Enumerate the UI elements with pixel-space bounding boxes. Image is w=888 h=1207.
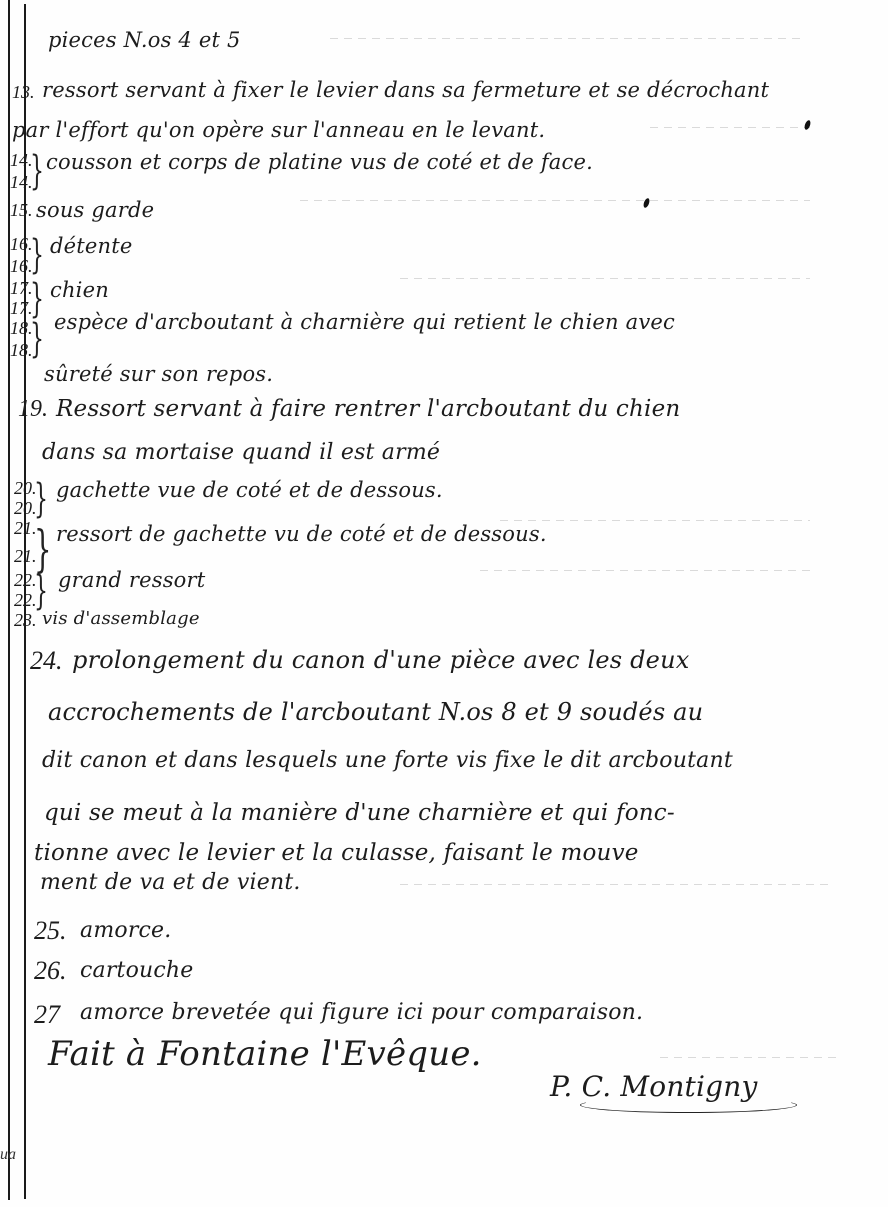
entry-text: qui se meut à la manière d'une charnière…: [44, 800, 675, 826]
entry-text: détente: [50, 234, 133, 258]
entry-number: 23.: [14, 610, 37, 631]
entry-text: sous garde: [36, 198, 154, 222]
entry-number: 13.: [12, 82, 35, 103]
closing-line: Fait à Fontaine l'Evêque.: [48, 1034, 482, 1074]
entry-text: chien: [50, 278, 109, 302]
entry-text: cartouche: [80, 958, 194, 983]
ruled-line: [650, 127, 810, 128]
entry-number: 19.: [18, 396, 48, 423]
entry-number: 25.: [34, 916, 67, 946]
ruled-line: [400, 278, 810, 279]
entry-text: prolongement du canon d'une pièce avec l…: [72, 646, 689, 674]
entry-number: 15.: [10, 200, 33, 221]
entry-text: amorce.: [80, 918, 171, 943]
entry-text: dans sa mortaise quand il est armé: [42, 440, 440, 465]
entry-number: 27: [34, 1000, 60, 1030]
entry-text: vis d'assemblage: [42, 608, 200, 629]
entry-number: 26.: [34, 956, 67, 986]
bracket-icon: }: [34, 476, 48, 522]
bracket-icon: }: [30, 316, 44, 362]
signature-flourish: [580, 1097, 797, 1113]
ruled-line: [660, 1057, 840, 1058]
entry-text: tionne avec le levier et la culasse, fai…: [34, 840, 639, 866]
ruled-line: [330, 38, 800, 39]
bracket-icon: }: [30, 232, 44, 278]
ruled-line: [480, 570, 810, 571]
entry-text: espèce d'arcboutant à charnière qui reti…: [54, 310, 675, 334]
entry-text: ressort de gachette vu de coté et de des…: [56, 522, 547, 546]
ruled-line: [500, 520, 810, 521]
entry-text: ressort servant à fixer le levier dans s…: [42, 78, 769, 102]
entry-text: par l'effort qu'on opère sur l'anneau en…: [12, 118, 545, 142]
ruled-line: [400, 884, 830, 885]
header-line: pieces N.os 4 et 5: [48, 28, 241, 52]
manuscript-page: pieces N.os 4 et 5 13. ressort servant à…: [0, 0, 888, 1207]
bracket-icon: }: [30, 148, 44, 194]
entry-text: ment de va et de vient.: [40, 870, 301, 895]
entry-text: cousson et corps de platine vus de coté …: [46, 150, 593, 174]
entry-text: amorce brevetée qui figure ici pour comp…: [80, 1000, 643, 1025]
entry-text: sûreté sur son repos.: [44, 362, 273, 386]
entry-text: gachette vue de coté et de dessous.: [56, 478, 443, 502]
entry-text: grand ressort: [58, 568, 205, 592]
ruled-line: [300, 200, 810, 201]
entry-text: accrochements de l'arcboutant N.os 8 et …: [48, 698, 703, 726]
entry-text: dit canon et dans lesquels une forte vis…: [42, 748, 733, 773]
entry-text: Ressort servant à faire rentrer l'arcbou…: [56, 396, 680, 422]
margin-fragment: ua: [0, 1146, 16, 1164]
ink-blot: [803, 119, 811, 130]
entry-number: 24.: [30, 646, 63, 676]
